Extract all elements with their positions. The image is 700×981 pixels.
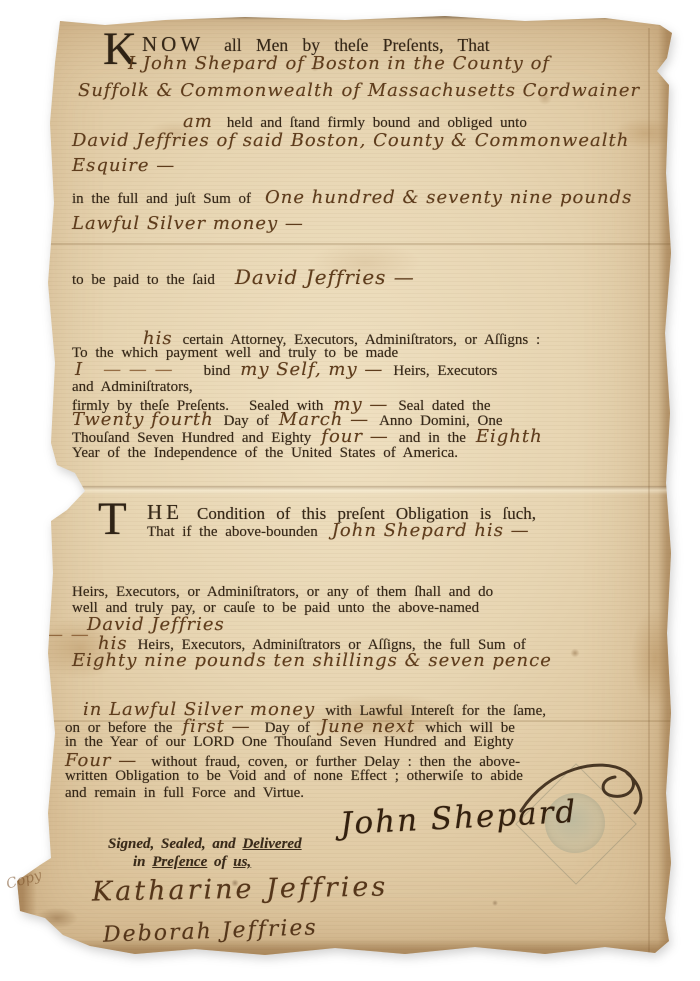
handwritten-segment: my Self, my — [240,359,383,380]
fold-crease-upper [15,243,672,245]
printed-segment: all Men by theſe Preſents, That [224,35,489,55]
handwritten-segment: four — [321,426,388,447]
signature-flourish [515,755,655,817]
printed-independence-line: Year of the Independence of the United S… [72,445,458,462]
handwritten-segment: I [75,359,83,380]
printed-segment: held and ſtand firmly bound and obliged … [227,115,527,131]
printed-segment: Heirs, Executors [393,363,497,379]
handwritten-county-line: Suffolk & Commonwealth of Massachusetts … [78,81,640,102]
printed-lord-year-line: in the Year of our LORD One Thouſand Sev… [65,734,514,751]
payee-line: to be paid to the ſaid David Jeffries — [72,266,415,289]
printed-segment: That if the above-bounden [147,524,318,540]
printed-administrators-line: and Adminiſtrators, [72,379,193,396]
witness-signature-2: Deborah Jeffries [103,915,319,948]
printed-force-virtue-line: and remain in full Force and Virtue. [65,785,304,802]
witness-signature-1: Katharine Jeffries [92,871,389,907]
scan-background: K NOW all Men by theſe Preſents, That I … [0,0,700,981]
sum-line: in the full and juſt Sum of One hundred … [72,188,632,209]
printed-void-line: written Obligation to be Void and of non… [65,768,523,785]
handwritten-obligor-line: I John Shepard of Boston in the County o… [128,54,550,75]
handwritten-margin-dashes: — — [45,625,90,646]
printed-segment: in the full and juſt Sum of [72,191,251,207]
printed-italic-segment: Delivered [242,836,301,852]
handwritten-segment: One hundred & seventy nine pounds [265,187,632,208]
handwritten-esquire-line: Esquire — [72,156,175,177]
printed-italic-segment: in [133,854,146,870]
above-bounden-line: That if the above-bounden John Shepard h… [147,521,530,542]
printed-heirs-line: Heirs, Executors, or Adminiſtrators, or … [72,584,493,601]
printed-italic-segment: Preſence [152,854,207,870]
handwritten-segment: John Shepard his — [332,520,530,541]
handwritten-segment: am [183,111,213,132]
bind-myself-line: I — — — bind my Self, my — Heirs, Execut… [75,360,497,381]
attestation-line-1: Signed, Sealed, and Delivered [108,836,302,853]
printed-segment: bind [204,363,231,379]
handwritten-amount-line: Eighty nine pounds ten shillings & seven… [72,651,552,672]
printed-italic-segment: us, [233,854,251,870]
dropcap-t: T [98,496,127,543]
printed-segment: Thouſand Seven Hundred and Eighty [72,430,311,446]
handwritten-segment: Eighth [476,426,543,447]
handwritten-obligee-line: David Jeffries of said Boston, County & … [72,131,629,152]
printed-segment: and in the [399,430,466,446]
handwritten-money-line: Lawful Silver money — [72,214,304,235]
printed-italic-segment: Signed, Sealed, and [108,836,236,852]
printed-segment: to be paid to the ſaid [72,272,215,288]
handwritten-dash: — — — [103,359,173,380]
attestation-line-2: in Preſence of us, [133,854,251,871]
document-paper: K NOW all Men by theſe Preſents, That I … [15,13,672,955]
printed-italic-segment: of [214,854,227,870]
document-paper-wrap: K NOW all Men by theſe Preſents, That I … [15,13,672,955]
handwritten-segment: David Jeffries — [235,265,415,289]
